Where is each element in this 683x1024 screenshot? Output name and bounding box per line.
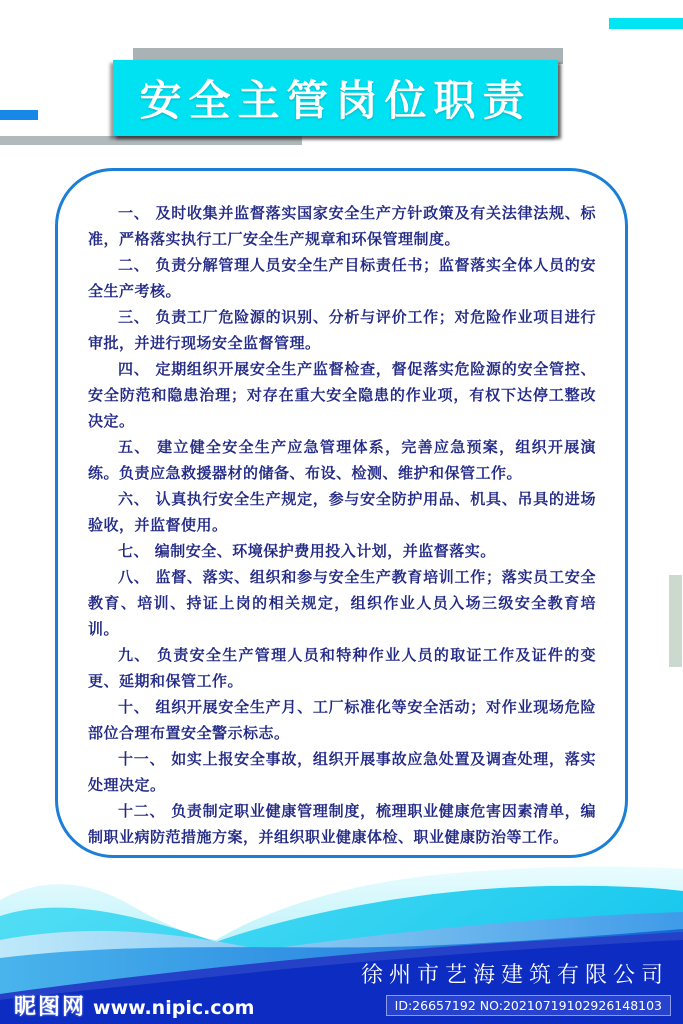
cyan-accent-bar-top-right: [609, 18, 683, 29]
responsibility-item: 六、 认真执行安全生产规定，参与安全防护用品、机具、吊具的进场验收，并监督使用。: [88, 486, 596, 538]
responsibility-item: 十、 组织开展安全生产月、工厂标准化等安全活动；对作业现场危险部位合理布置安全警…: [88, 694, 596, 746]
responsibility-item: 八、 监督、落实、组织和参与安全生产教育培训工作；落实员工安全教育、培训、持证上…: [88, 564, 596, 642]
responsibility-item: 一、 及时收集并监督落实国家安全生产方针政策及有关法律法规、标准，严格落实执行工…: [88, 200, 596, 252]
nipic-watermark: 昵图网 www.nipic.com: [14, 990, 254, 1021]
company-name: 徐州市艺海建筑有限公司: [361, 958, 669, 989]
responsibility-item: 九、 负责安全生产管理人员和特种作业人员的取证工作及证件的变更、延期和保管工作。: [88, 642, 596, 694]
nipic-logo-text: 昵图网: [14, 990, 86, 1021]
nipic-url-text: www.nipic.com: [93, 997, 254, 1019]
blue-accent-bar-left: [0, 110, 38, 120]
poster-background: 安全主管岗位职责 一、 及时收集并监督落实国家安全生产方针政策及有关法律法规、标…: [0, 0, 683, 1024]
responsibility-list-box: 一、 及时收集并监督落实国家安全生产方针政策及有关法律法规、标准，严格落实执行工…: [55, 168, 628, 858]
responsibility-item: 十二、 负责制定职业健康管理制度，梳理职业健康危害因素清单，编制职业病防范措施方…: [88, 798, 596, 850]
responsibility-item: 二、 负责分解管理人员安全生产目标责任书；监督落实全体人员的安全生产考核。: [88, 252, 596, 304]
responsibility-item: 五、 建立健全安全生产应急管理体系，完善应急预案，组织开展演练。负责应急救援器材…: [88, 434, 596, 486]
gray-accent-bar-left: [0, 136, 302, 145]
pale-stripe-right-edge: [669, 575, 682, 667]
responsibility-item: 四、 定期组织开展安全生产监督检查，督促落实危险源的安全管控、安全防范和隐患治理…: [88, 356, 596, 434]
responsibility-item: 十一、 如实上报安全事故，组织开展事故应急处置及调查处理，落实处理决定。: [88, 746, 596, 798]
image-id-badge: ID:26657192 NO:20210719102926148103: [386, 995, 671, 1016]
title-banner: 安全主管岗位职责: [113, 60, 558, 136]
responsibility-item: 三、 负责工厂危险源的识别、分析与评价工作；对危险作业项目进行审批，并进行现场安…: [88, 304, 596, 356]
responsibility-list: 一、 及时收集并监督落实国家安全生产方针政策及有关法律法规、标准，严格落实执行工…: [88, 200, 596, 858]
responsibility-item: 七、 编制安全、环境保护费用投入计划，并监督落实。: [88, 538, 596, 564]
page-title: 安全主管岗位职责: [139, 68, 531, 128]
